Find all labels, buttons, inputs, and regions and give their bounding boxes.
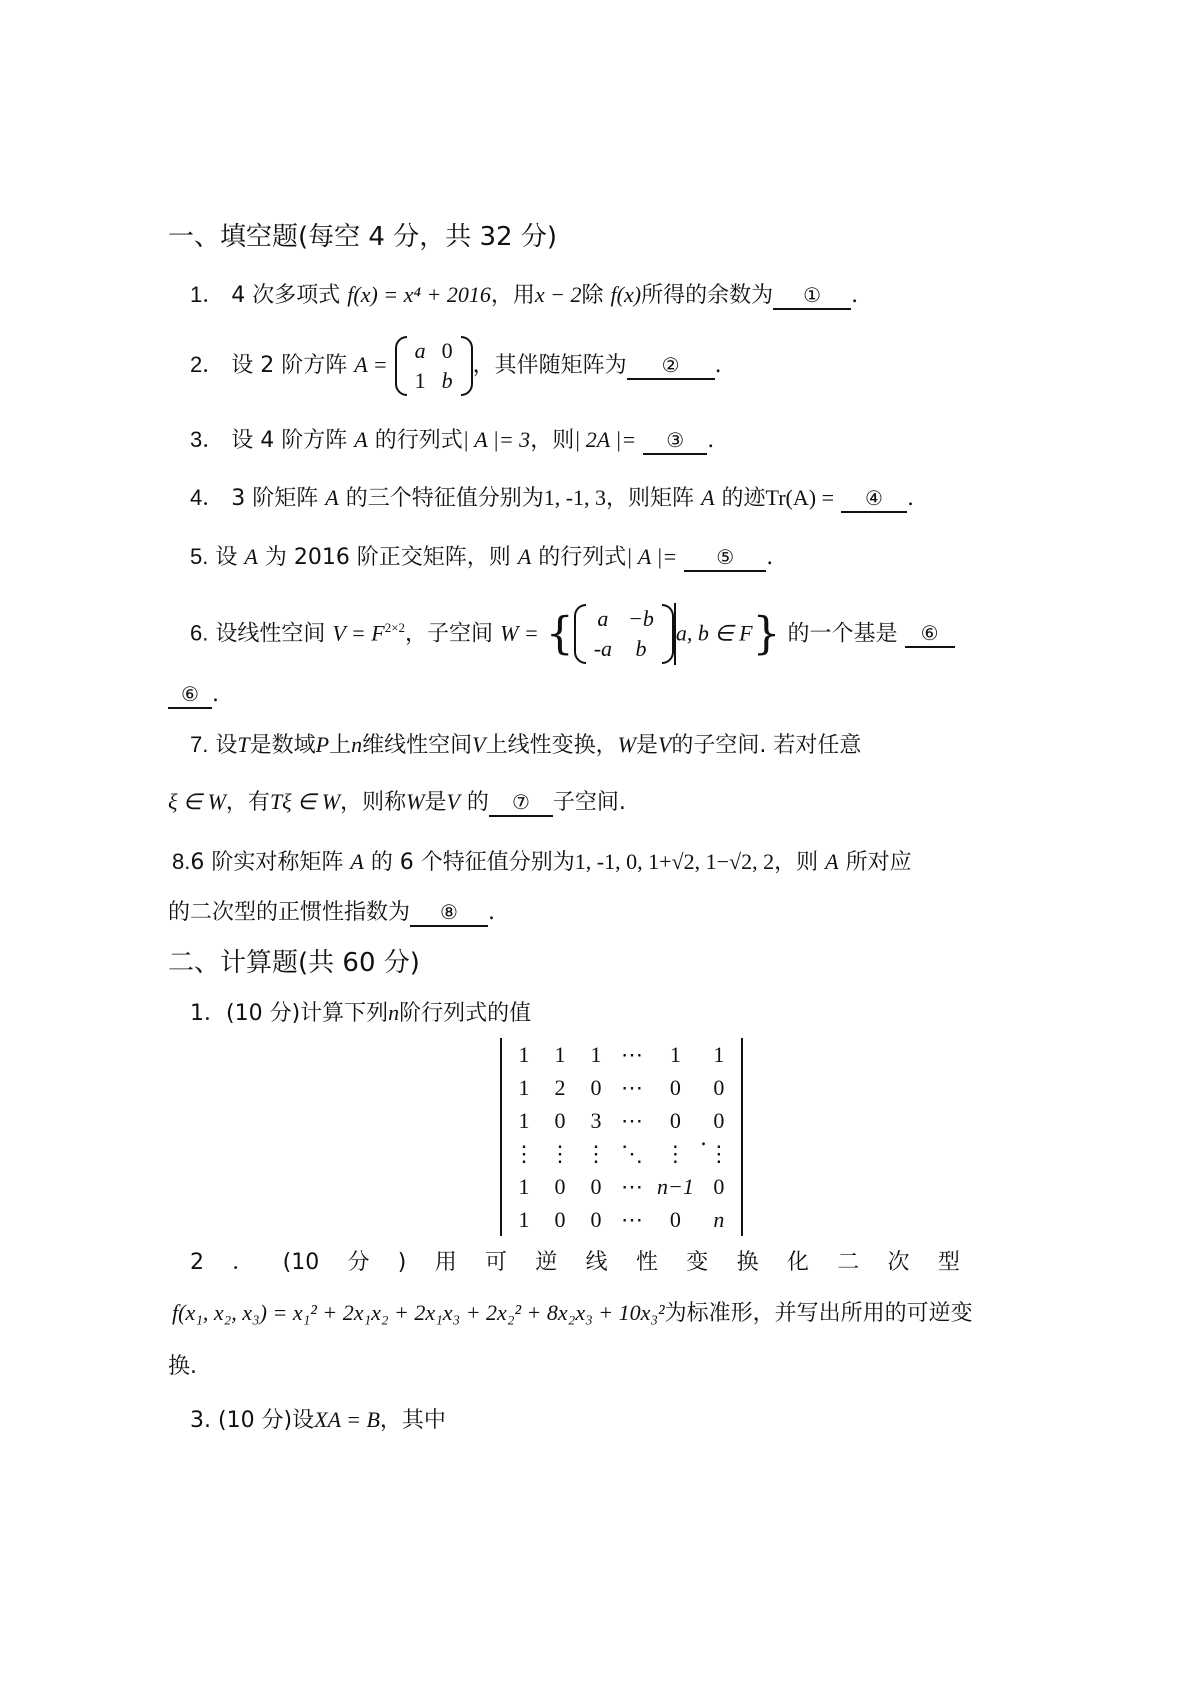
question-5: 5. 设 A 为 2016 阶正交矩阵，则 A 的行列式| A |= ⑤. [190,542,773,573]
question-3: 3． 设 4 阶方阵 A 的行列式| A |= 3，则| 2A |= ③. [190,425,714,456]
question-7-continued: ξ ∈ W，有Tξ ∈ W，则称W是V 的⑦子空间. [168,787,626,818]
question-6: 6. 设线性空间 V = F2×2，子空间 W = { a−b -ab a, b… [190,596,955,666]
question-8: 8.6 阶实对称矩阵 A 的 6 个特征值分别为1, -1, 0, 1+√2, … [172,847,912,878]
answer-blank-2[interactable]: ② [627,352,715,380]
answer-blank-6a[interactable]: ⑥ [905,620,955,648]
computation-question-2-end: 换. [168,1352,197,1382]
determinant-period: . [700,1124,707,1154]
answer-blank-3[interactable]: ③ [643,427,707,455]
answer-blank-5[interactable]: ⑤ [684,544,766,572]
question-1: 1． 4 次多项式 f(x) = x⁴ + 2016，用x − 2除 f(x)所… [190,280,858,311]
computation-question-1: 1．(10 分)计算下列n阶行列式的值 [190,998,531,1029]
answer-blank-7[interactable]: ⑦ [489,789,553,817]
answer-blank-1[interactable]: ① [773,282,851,310]
answer-blank-8[interactable]: ⑧ [410,899,488,927]
question-7: 7. 设T是数域P上n维线性空间V上线性变换，W是V的子空间. 若对任意 [190,730,861,761]
exam-page: 一、填空题(每空 4 分，共 32 分) 1． 4 次多项式 f(x) = x⁴… [0,0,1190,1683]
computation-question-3: 3. (10 分)设XA = B，其中 [190,1405,446,1436]
left-brace: { [546,608,574,659]
question-6-continued: ⑥. [168,680,219,710]
question-2: 2． 设 2 阶方阵 A = a0 1b ，其伴随矩阵为②. [190,335,722,396]
matrix-W: a−b -ab [574,604,674,664]
right-brace: } [753,608,781,659]
section-1-title: 一、填空题(每空 4 分，共 32 分) [168,222,557,252]
question-8-continued: 的二次型的正惯性指数为⑧. [168,898,495,928]
answer-blank-4[interactable]: ④ [841,485,907,513]
answer-blank-6b[interactable]: ⑥ [168,681,212,709]
section-2-title: 二、计算题(共 60 分) [168,948,420,978]
computation-question-2: 2．(10分)用可逆线性变换化二次型 [190,1248,960,1278]
computation-question-2-formula: f(x₁, x₂, x₃) = x₁² + 2x₁x₂ + 2x₁x₃ + 2x… [172,1298,973,1329]
question-4: 4． 3 阶矩阵 A 的三个特征值分别为1, -1, 3，则矩阵 A 的迹Tr(… [190,483,914,514]
matrix-A: a0 1b [395,336,473,396]
